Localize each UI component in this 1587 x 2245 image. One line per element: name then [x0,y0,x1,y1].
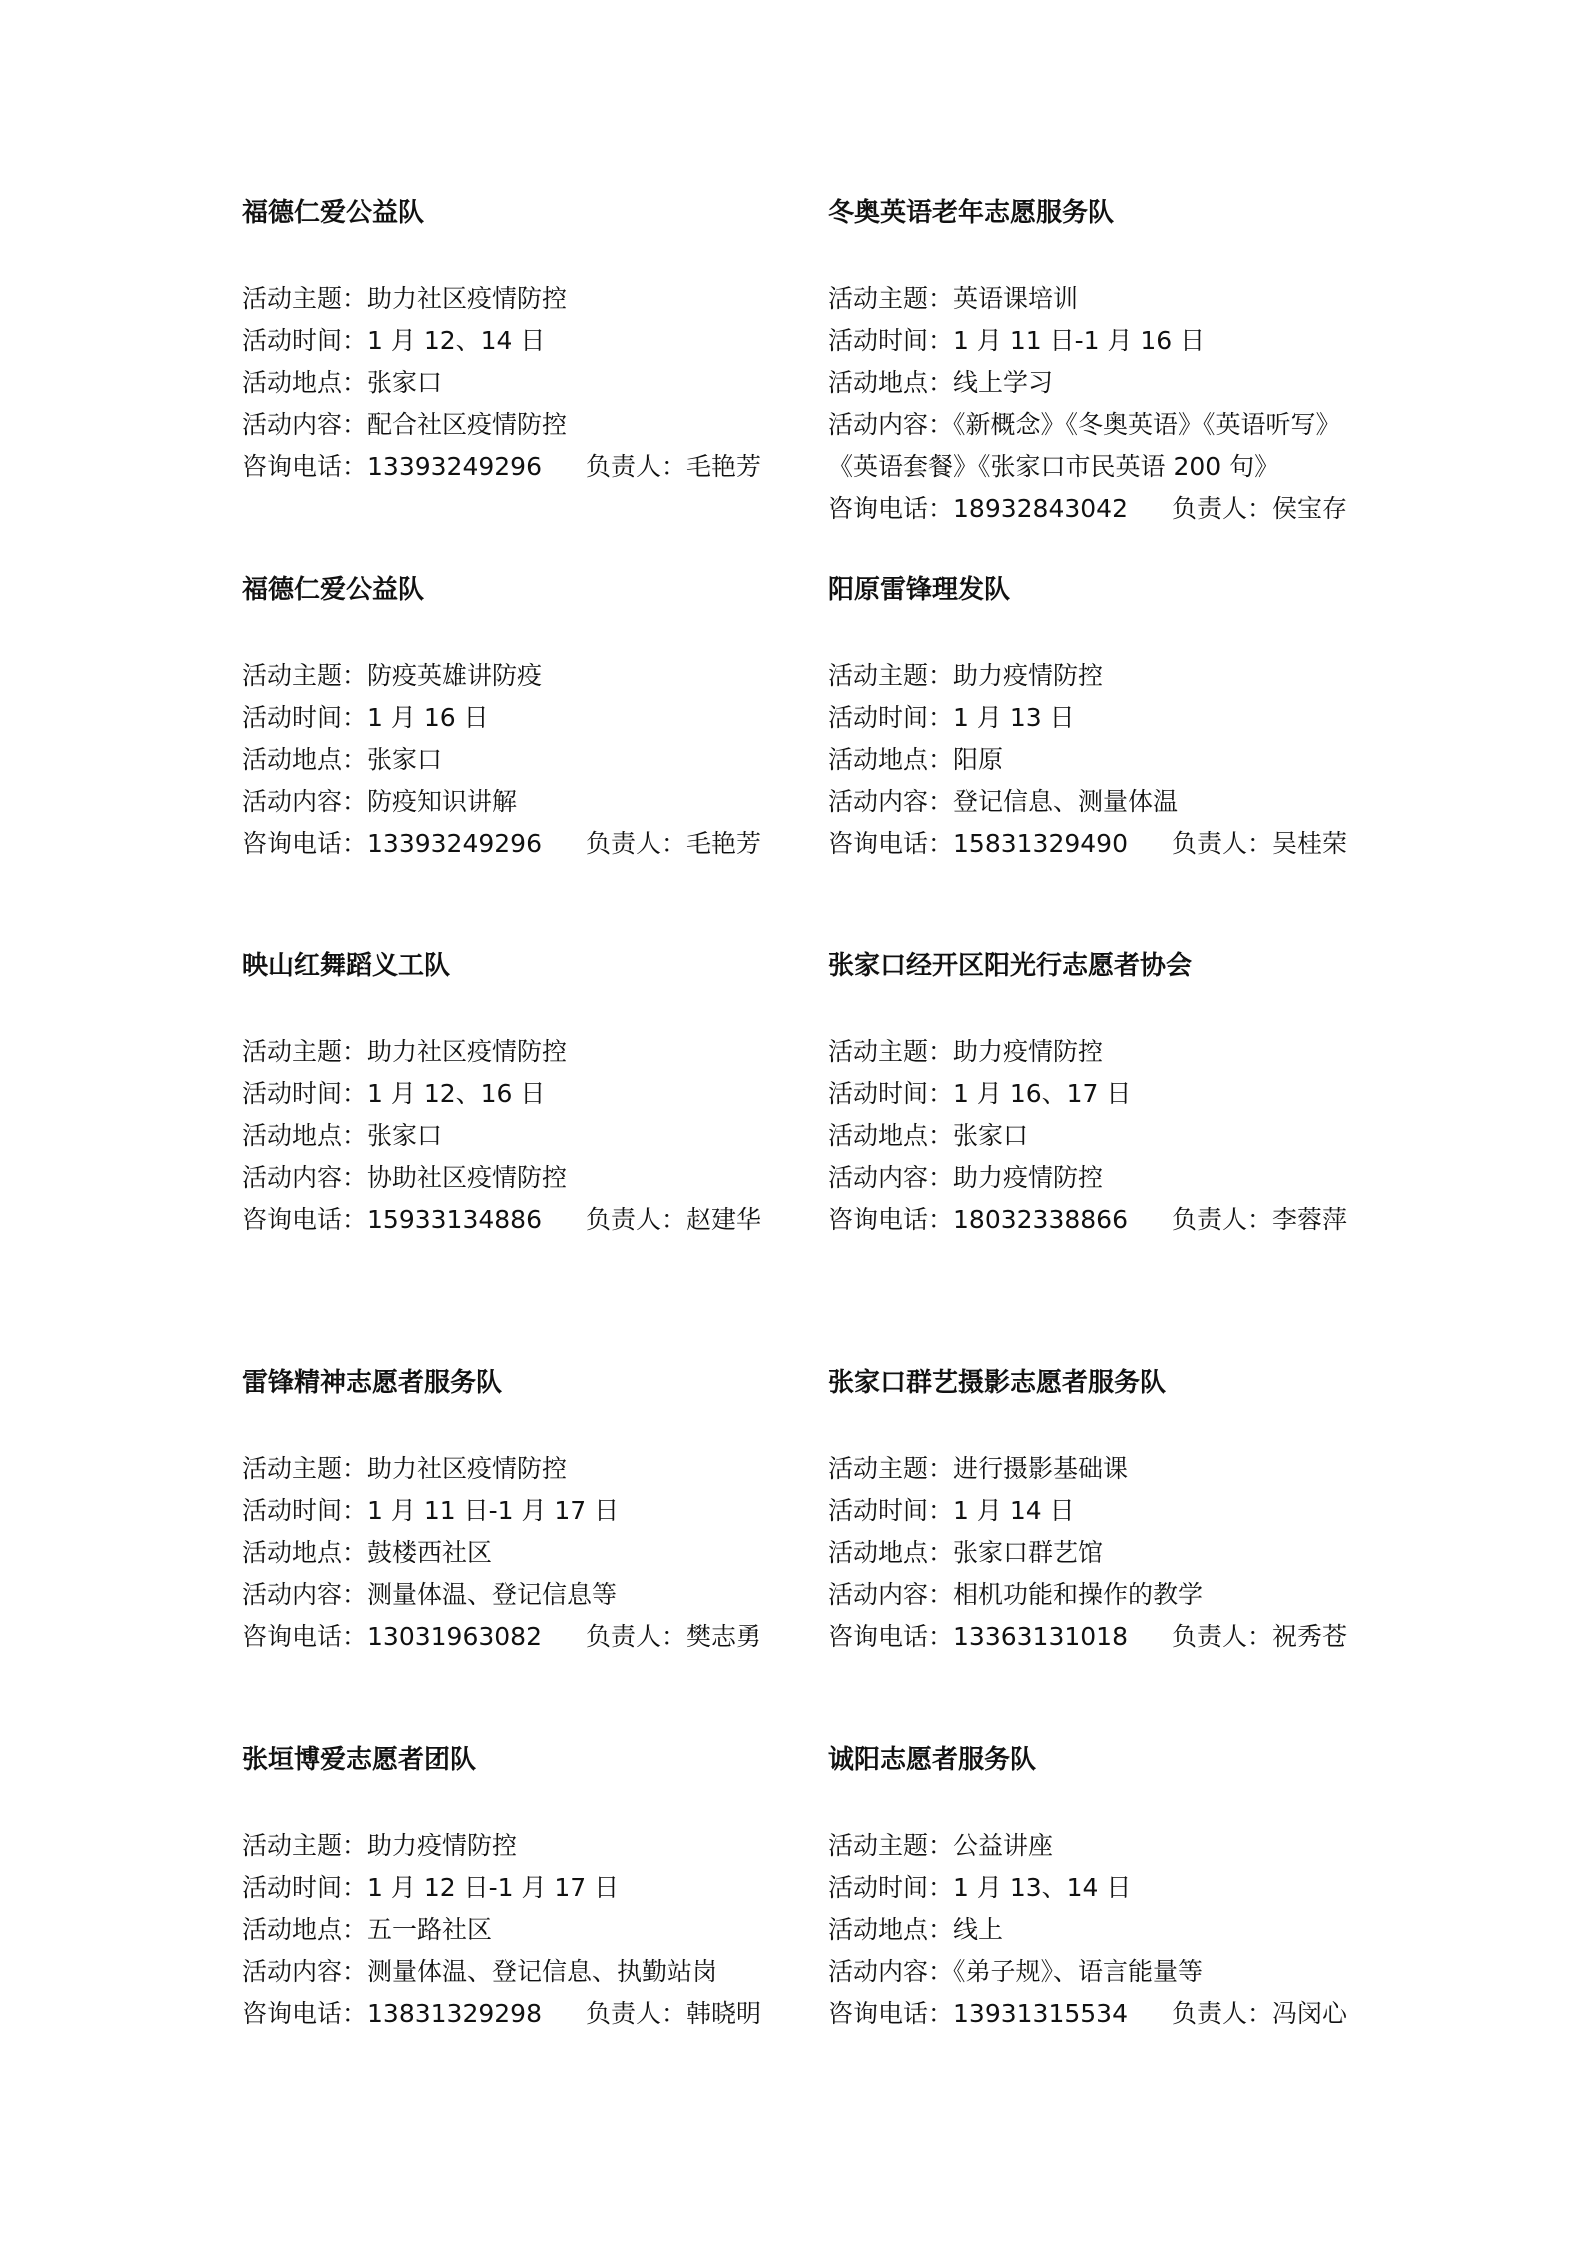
phone-value: 13931315534 [953,1999,1128,2028]
person-value: 毛艳芳 [686,829,761,858]
time-value: 1 月 16 日 [367,703,489,732]
person-label: 负责人： [1172,1622,1272,1651]
activity-theme: 活动主题：进行摄影基础课 [828,1448,1388,1490]
activity-theme: 活动主题：助力疫情防控 [828,1031,1388,1073]
activity-theme: 活动主题：助力社区疫情防控 [242,278,802,320]
time-label: 活动时间： [828,1079,953,1108]
volunteer-team-card: 冬奥英语老年志愿服务队 活动主题：英语课培训 活动时间：1 月 11 日-1 月… [828,196,1388,530]
activity-place: 活动地点：阳原 [828,739,1388,781]
team-title: 诚阳志愿者服务队 [828,1743,1388,1777]
person-label: 负责人： [586,1999,686,2028]
activity-theme: 活动主题：防疫英雄讲防疫 [242,655,802,697]
theme-value: 助力疫情防控 [367,1831,517,1860]
theme-value: 防疫英雄讲防疫 [367,661,542,690]
time-value: 1 月 12 日-1 月 17 日 [367,1873,619,1902]
place-value: 线上学习 [953,368,1053,397]
theme-value: 助力社区疫情防控 [367,1454,567,1483]
phone-value: 13031963082 [367,1622,542,1651]
person-value: 侯宝存 [1272,494,1347,523]
content-label: 活动内容： [828,1580,953,1609]
theme-value: 公益讲座 [953,1831,1053,1860]
content-label: 活动内容： [828,1957,953,1986]
place-value: 张家口群艺馆 [953,1538,1103,1567]
time-value: 1 月 13 日 [953,703,1075,732]
person-label: 负责人： [586,1205,686,1234]
team-title: 张家口群艺摄影志愿者服务队 [828,1366,1388,1400]
theme-value: 进行摄影基础课 [953,1454,1128,1483]
volunteer-team-card: 阳原雷锋理发队 活动主题：助力疫情防控 活动时间：1 月 13 日 活动地点：阳… [828,573,1388,865]
content-label: 活动内容： [242,410,367,439]
activity-theme: 活动主题：助力社区疫情防控 [242,1031,802,1073]
team-title: 张垣博爱志愿者团队 [242,1743,802,1777]
activity-time: 活动时间：1 月 12、16 日 [242,1073,802,1115]
person-label: 负责人： [1172,1205,1272,1234]
theme-label: 活动主题： [828,284,953,313]
volunteer-team-card: 映山红舞蹈义工队 活动主题：助力社区疫情防控 活动时间：1 月 12、16 日 … [242,949,802,1241]
person-label: 负责人： [1172,1999,1272,2028]
contact-line: 咨询电话：18032338866负责人：李蓉萍 [828,1199,1388,1241]
contact-line: 咨询电话：18932843042负责人：侯宝存 [828,488,1388,530]
contact-line: 咨询电话：13831329298负责人：韩晓明 [242,1993,802,2035]
team-title: 映山红舞蹈义工队 [242,949,802,983]
content-label: 活动内容： [828,787,953,816]
phone-value: 15933134886 [367,1205,542,1234]
person-value: 毛艳芳 [686,452,761,481]
content-value: 相机功能和操作的教学 [953,1580,1203,1609]
team-title: 张家口经开区阳光行志愿者协会 [828,949,1388,983]
activity-theme: 活动主题：英语课培训 [828,278,1388,320]
volunteer-team-card: 雷锋精神志愿者服务队 活动主题：助力社区疫情防控 活动时间：1 月 11 日-1… [242,1366,802,1658]
person-value: 吴桂荣 [1272,829,1347,858]
time-label: 活动时间： [828,326,953,355]
phone-label: 咨询电话： [242,1622,367,1651]
content-value: 配合社区疫情防控 [367,410,567,439]
contact-line: 咨询电话：13931315534负责人：冯闵心 [828,1993,1388,2035]
contact-line: 咨询电话：13031963082负责人：樊志勇 [242,1616,802,1658]
theme-label: 活动主题： [828,661,953,690]
time-value: 1 月 11 日-1 月 17 日 [367,1496,619,1525]
place-label: 活动地点： [828,368,953,397]
time-label: 活动时间： [828,703,953,732]
phone-value: 18032338866 [953,1205,1128,1234]
activity-content: 活动内容：登记信息、测量体温 [828,781,1388,823]
place-label: 活动地点： [242,368,367,397]
time-value: 1 月 14 日 [953,1496,1075,1525]
content-value: 测量体温、登记信息等 [367,1580,617,1609]
activity-content: 活动内容：测量体温、登记信息等 [242,1574,802,1616]
place-value: 五一路社区 [367,1915,492,1944]
team-title: 福德仁爱公益队 [242,196,802,230]
place-value: 张家口 [367,1121,442,1150]
content-value: 《弟子规》、语言能量等 [953,1957,1203,1986]
phone-label: 咨询电话： [242,452,367,481]
place-value: 张家口 [367,368,442,397]
content-value: 登记信息、测量体温 [953,787,1178,816]
person-label: 负责人： [586,452,686,481]
theme-value: 助力疫情防控 [953,1037,1103,1066]
contact-line: 咨询电话：15831329490负责人：吴桂荣 [828,823,1388,865]
time-label: 活动时间： [828,1496,953,1525]
contact-line: 咨询电话：15933134886负责人：赵建华 [242,1199,802,1241]
theme-label: 活动主题： [828,1454,953,1483]
theme-value: 助力社区疫情防控 [367,1037,567,1066]
activity-content: 活动内容：助力疫情防控 [828,1157,1388,1199]
content-value: 助力疫情防控 [953,1163,1103,1192]
activity-time: 活动时间：1 月 11 日-1 月 16 日 [828,320,1388,362]
phone-label: 咨询电话： [828,829,953,858]
time-value: 1 月 16、17 日 [953,1079,1131,1108]
activity-place: 活动地点：鼓楼西社区 [242,1532,802,1574]
activity-content: 活动内容：《新概念》《冬奥英语》《英语听写》《英语套餐》《张家口市民英语 200… [828,404,1368,488]
content-label: 活动内容： [242,1957,367,1986]
activity-time: 活动时间：1 月 12、14 日 [242,320,802,362]
place-value: 张家口 [953,1121,1028,1150]
phone-label: 咨询电话： [828,494,953,523]
activity-time: 活动时间：1 月 13 日 [828,697,1388,739]
time-label: 活动时间： [828,1873,953,1902]
theme-label: 活动主题： [828,1831,953,1860]
time-value: 1 月 12、14 日 [367,326,545,355]
volunteer-team-card: 张家口经开区阳光行志愿者协会 活动主题：助力疫情防控 活动时间：1 月 16、1… [828,949,1388,1241]
team-title: 福德仁爱公益队 [242,573,802,607]
time-value: 1 月 13、14 日 [953,1873,1131,1902]
person-value: 樊志勇 [686,1622,761,1651]
activity-content: 活动内容：相机功能和操作的教学 [828,1574,1388,1616]
person-value: 冯闵心 [1272,1999,1347,2028]
person-label: 负责人： [586,1622,686,1651]
phone-label: 咨询电话： [242,829,367,858]
activity-place: 活动地点：线上学习 [828,362,1388,404]
activity-content: 活动内容：配合社区疫情防控 [242,404,802,446]
phone-value: 13393249296 [367,452,542,481]
time-label: 活动时间： [242,1873,367,1902]
place-label: 活动地点： [242,1121,367,1150]
theme-label: 活动主题： [242,284,367,313]
volunteer-team-card: 张家口群艺摄影志愿者服务队 活动主题：进行摄影基础课 活动时间：1 月 14 日… [828,1366,1388,1658]
place-label: 活动地点： [242,1915,367,1944]
time-label: 活动时间： [242,326,367,355]
activity-theme: 活动主题：公益讲座 [828,1825,1388,1867]
activity-place: 活动地点：张家口 [242,1115,802,1157]
contact-line: 咨询电话：13363131018负责人：祝秀苍 [828,1616,1388,1658]
activity-theme: 活动主题：助力疫情防控 [828,655,1388,697]
place-label: 活动地点： [828,1538,953,1567]
activity-time: 活动时间：1 月 14 日 [828,1490,1388,1532]
content-label: 活动内容： [828,410,953,439]
time-label: 活动时间： [242,1079,367,1108]
person-value: 赵建华 [686,1205,761,1234]
activity-place: 活动地点：张家口群艺馆 [828,1532,1388,1574]
place-label: 活动地点： [828,1121,953,1150]
phone-value: 18932843042 [953,494,1128,523]
phone-label: 咨询电话： [242,1999,367,2028]
team-title: 阳原雷锋理发队 [828,573,1388,607]
phone-value: 13393249296 [367,829,542,858]
person-value: 李蓉萍 [1272,1205,1347,1234]
person-label: 负责人： [586,829,686,858]
time-value: 1 月 11 日-1 月 16 日 [953,326,1205,355]
place-label: 活动地点： [242,745,367,774]
content-value: 测量体温、登记信息、执勤站岗 [367,1957,717,1986]
activity-content: 活动内容：《弟子规》、语言能量等 [828,1951,1388,1993]
activity-content: 活动内容：测量体温、登记信息、执勤站岗 [242,1951,802,1993]
place-value: 鼓楼西社区 [367,1538,492,1567]
place-label: 活动地点： [828,745,953,774]
time-label: 活动时间： [242,1496,367,1525]
activity-time: 活动时间：1 月 13、14 日 [828,1867,1388,1909]
place-value: 阳原 [953,745,1003,774]
contact-line: 咨询电话：13393249296负责人：毛艳芳 [242,446,802,488]
person-value: 祝秀苍 [1272,1622,1347,1651]
activity-place: 活动地点：张家口 [242,739,802,781]
theme-label: 活动主题： [242,1831,367,1860]
content-value: 防疫知识讲解 [367,787,517,816]
content-label: 活动内容： [828,1163,953,1192]
activity-place: 活动地点：线上 [828,1909,1388,1951]
time-value: 1 月 12、16 日 [367,1079,545,1108]
place-label: 活动地点： [828,1915,953,1944]
content-label: 活动内容： [242,1163,367,1192]
person-value: 韩晓明 [686,1999,761,2028]
person-label: 负责人： [1172,494,1272,523]
team-title: 雷锋精神志愿者服务队 [242,1366,802,1400]
place-value: 张家口 [367,745,442,774]
place-value: 线上 [953,1915,1003,1944]
phone-value: 13363131018 [953,1622,1128,1651]
time-label: 活动时间： [242,703,367,732]
activity-time: 活动时间：1 月 16、17 日 [828,1073,1388,1115]
team-title: 冬奥英语老年志愿服务队 [828,196,1388,230]
contact-line: 咨询电话：13393249296负责人：毛艳芳 [242,823,802,865]
activity-theme: 活动主题：助力社区疫情防控 [242,1448,802,1490]
activity-place: 活动地点：张家口 [242,362,802,404]
theme-label: 活动主题： [242,1454,367,1483]
content-label: 活动内容： [242,1580,367,1609]
activity-time: 活动时间：1 月 11 日-1 月 17 日 [242,1490,802,1532]
volunteer-team-card: 张垣博爱志愿者团队 活动主题：助力疫情防控 活动时间：1 月 12 日-1 月 … [242,1743,802,2035]
phone-label: 咨询电话： [242,1205,367,1234]
activity-theme: 活动主题：助力疫情防控 [242,1825,802,1867]
content-value: 协助社区疫情防控 [367,1163,567,1192]
phone-value: 13831329298 [367,1999,542,2028]
activity-content: 活动内容：协助社区疫情防控 [242,1157,802,1199]
activity-content: 活动内容：防疫知识讲解 [242,781,802,823]
theme-value: 助力社区疫情防控 [367,284,567,313]
phone-label: 咨询电话： [828,1999,953,2028]
phone-value: 15831329490 [953,829,1128,858]
activity-time: 活动时间：1 月 16 日 [242,697,802,739]
activity-time: 活动时间：1 月 12 日-1 月 17 日 [242,1867,802,1909]
theme-value: 英语课培训 [953,284,1078,313]
activity-place: 活动地点：五一路社区 [242,1909,802,1951]
phone-label: 咨询电话： [828,1205,953,1234]
theme-label: 活动主题： [242,661,367,690]
theme-value: 助力疫情防控 [953,661,1103,690]
theme-label: 活动主题： [828,1037,953,1066]
person-label: 负责人： [1172,829,1272,858]
theme-label: 活动主题： [242,1037,367,1066]
phone-label: 咨询电话： [828,1622,953,1651]
activity-place: 活动地点：张家口 [828,1115,1388,1157]
volunteer-team-card: 福德仁爱公益队 活动主题：助力社区疫情防控 活动时间：1 月 12、14 日 活… [242,196,802,488]
volunteer-team-card: 诚阳志愿者服务队 活动主题：公益讲座 活动时间：1 月 13、14 日 活动地点… [828,1743,1388,2035]
content-label: 活动内容： [242,787,367,816]
volunteer-team-card: 福德仁爱公益队 活动主题：防疫英雄讲防疫 活动时间：1 月 16 日 活动地点：… [242,573,802,865]
place-label: 活动地点： [242,1538,367,1567]
